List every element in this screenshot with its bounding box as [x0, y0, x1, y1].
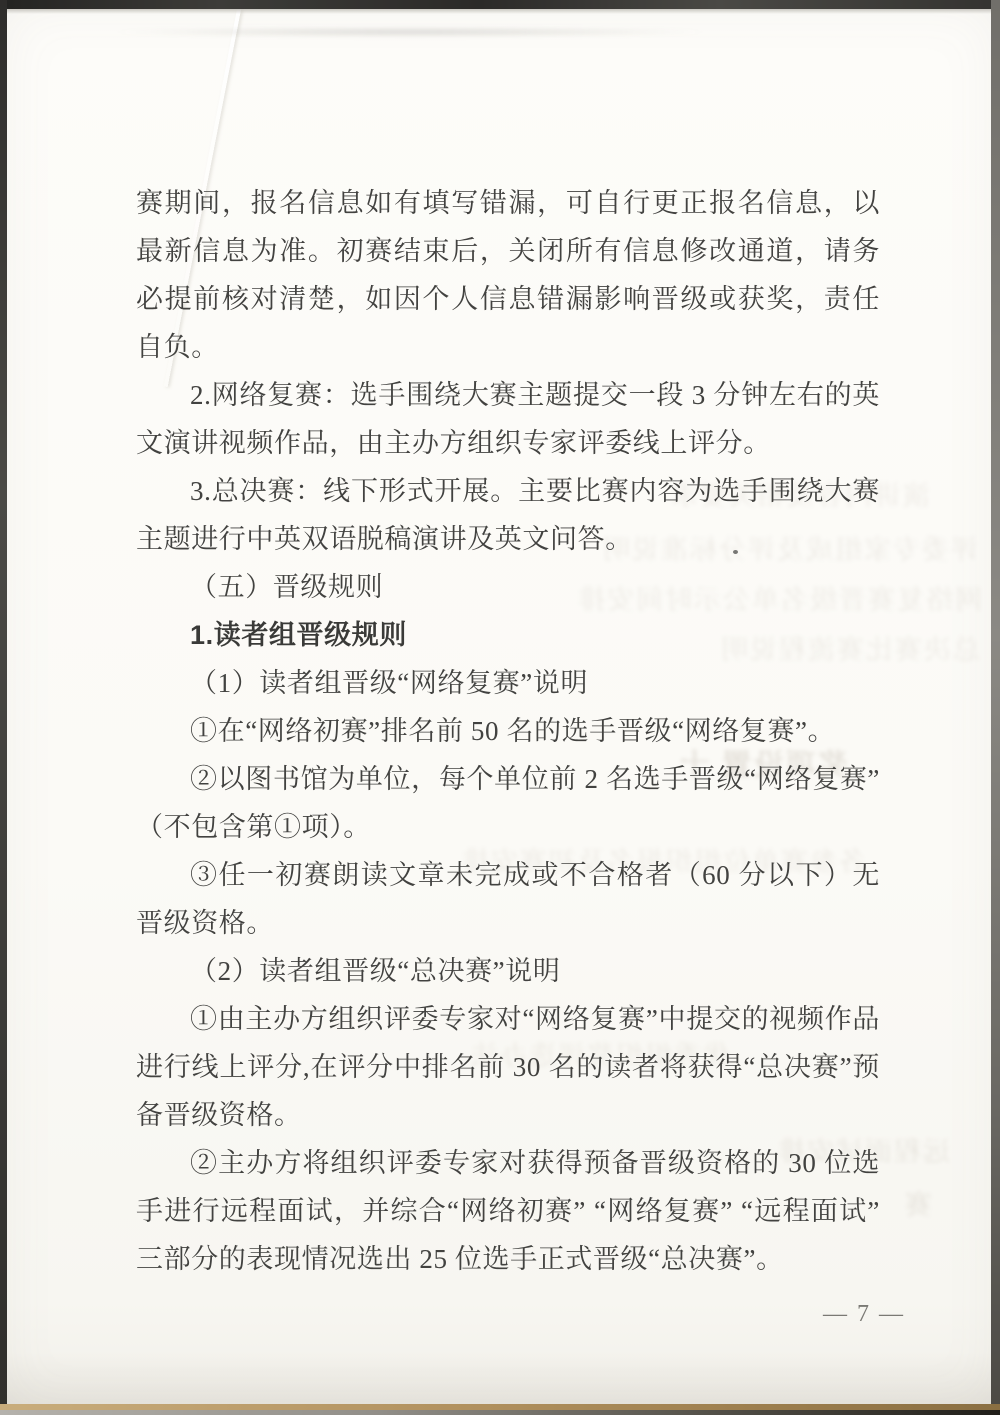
section-title-promotion-rules: （五）晋级规则	[136, 563, 880, 611]
paragraph-grand-final: 3.总决赛：线下形式开展。主要比赛内容为选手围绕大赛主题进行中英双语脱稿演讲及英…	[136, 467, 880, 563]
scan-edge-top	[0, 0, 1000, 9]
heading-reader-group-rules: 1.读者组晋级规则	[136, 611, 880, 659]
rule-semifinal-top50: ①在“网络初赛”排名前 50 名的选手晋级“网络复赛”。	[136, 707, 880, 755]
scan-edge-left	[0, 0, 7, 1415]
rule-semifinal-per-library: ②以图书馆为单位，每个单位前 2 名选手晋级“网络复赛”（不包含第①项）。	[136, 755, 880, 851]
subsection-semifinal-note: （1）读者组晋级“网络复赛”说明	[136, 659, 880, 707]
scan-bottom-shade	[0, 1352, 1000, 1404]
bleedthrough-text: 赛	[872, 1183, 932, 1222]
paragraph-online-semifinal: 2.网络复赛：选手围绕大赛主题提交一段 3 分钟左右的英文演讲视频作品，由主办方…	[136, 371, 880, 467]
scanned-document-page: 演讲内容及相关要求 评委专家组成及评分标准说明 网络复赛晋级名单公示时间安排 总…	[0, 0, 1000, 1415]
rule-semifinal-disqualification: ③任一初赛朗读文章未完成或不合格者（60 分以下）无晋级资格。	[136, 851, 880, 947]
subsection-final-note: （2）读者组晋级“总决赛”说明	[136, 947, 880, 995]
rule-final-top30: ①由主办方组织评委专家对“网络复赛”中提交的视频作品进行线上评分,在评分中排名前…	[136, 995, 880, 1139]
paragraph-registration-correction: 赛期间，报名信息如有填写错漏，可自行更正报名信息，以最新信息为准。初赛结束后，关…	[136, 179, 880, 371]
scan-smudge	[110, 27, 710, 37]
rule-final-top25: ②主办方将组织评委专家对获得预备晋级资格的 30 位选手进行远程面试，并综合“网…	[136, 1139, 880, 1283]
document-body: 赛期间，报名信息如有填写错漏，可自行更正报名信息，以最新信息为准。初赛结束后，关…	[136, 179, 880, 1283]
page-number: — 7 —	[804, 1301, 924, 1328]
scan-edge-top-fade	[0, 9, 1000, 14]
scan-edge-bottom	[0, 1410, 1000, 1415]
scan-edge-right	[991, 0, 1000, 1415]
